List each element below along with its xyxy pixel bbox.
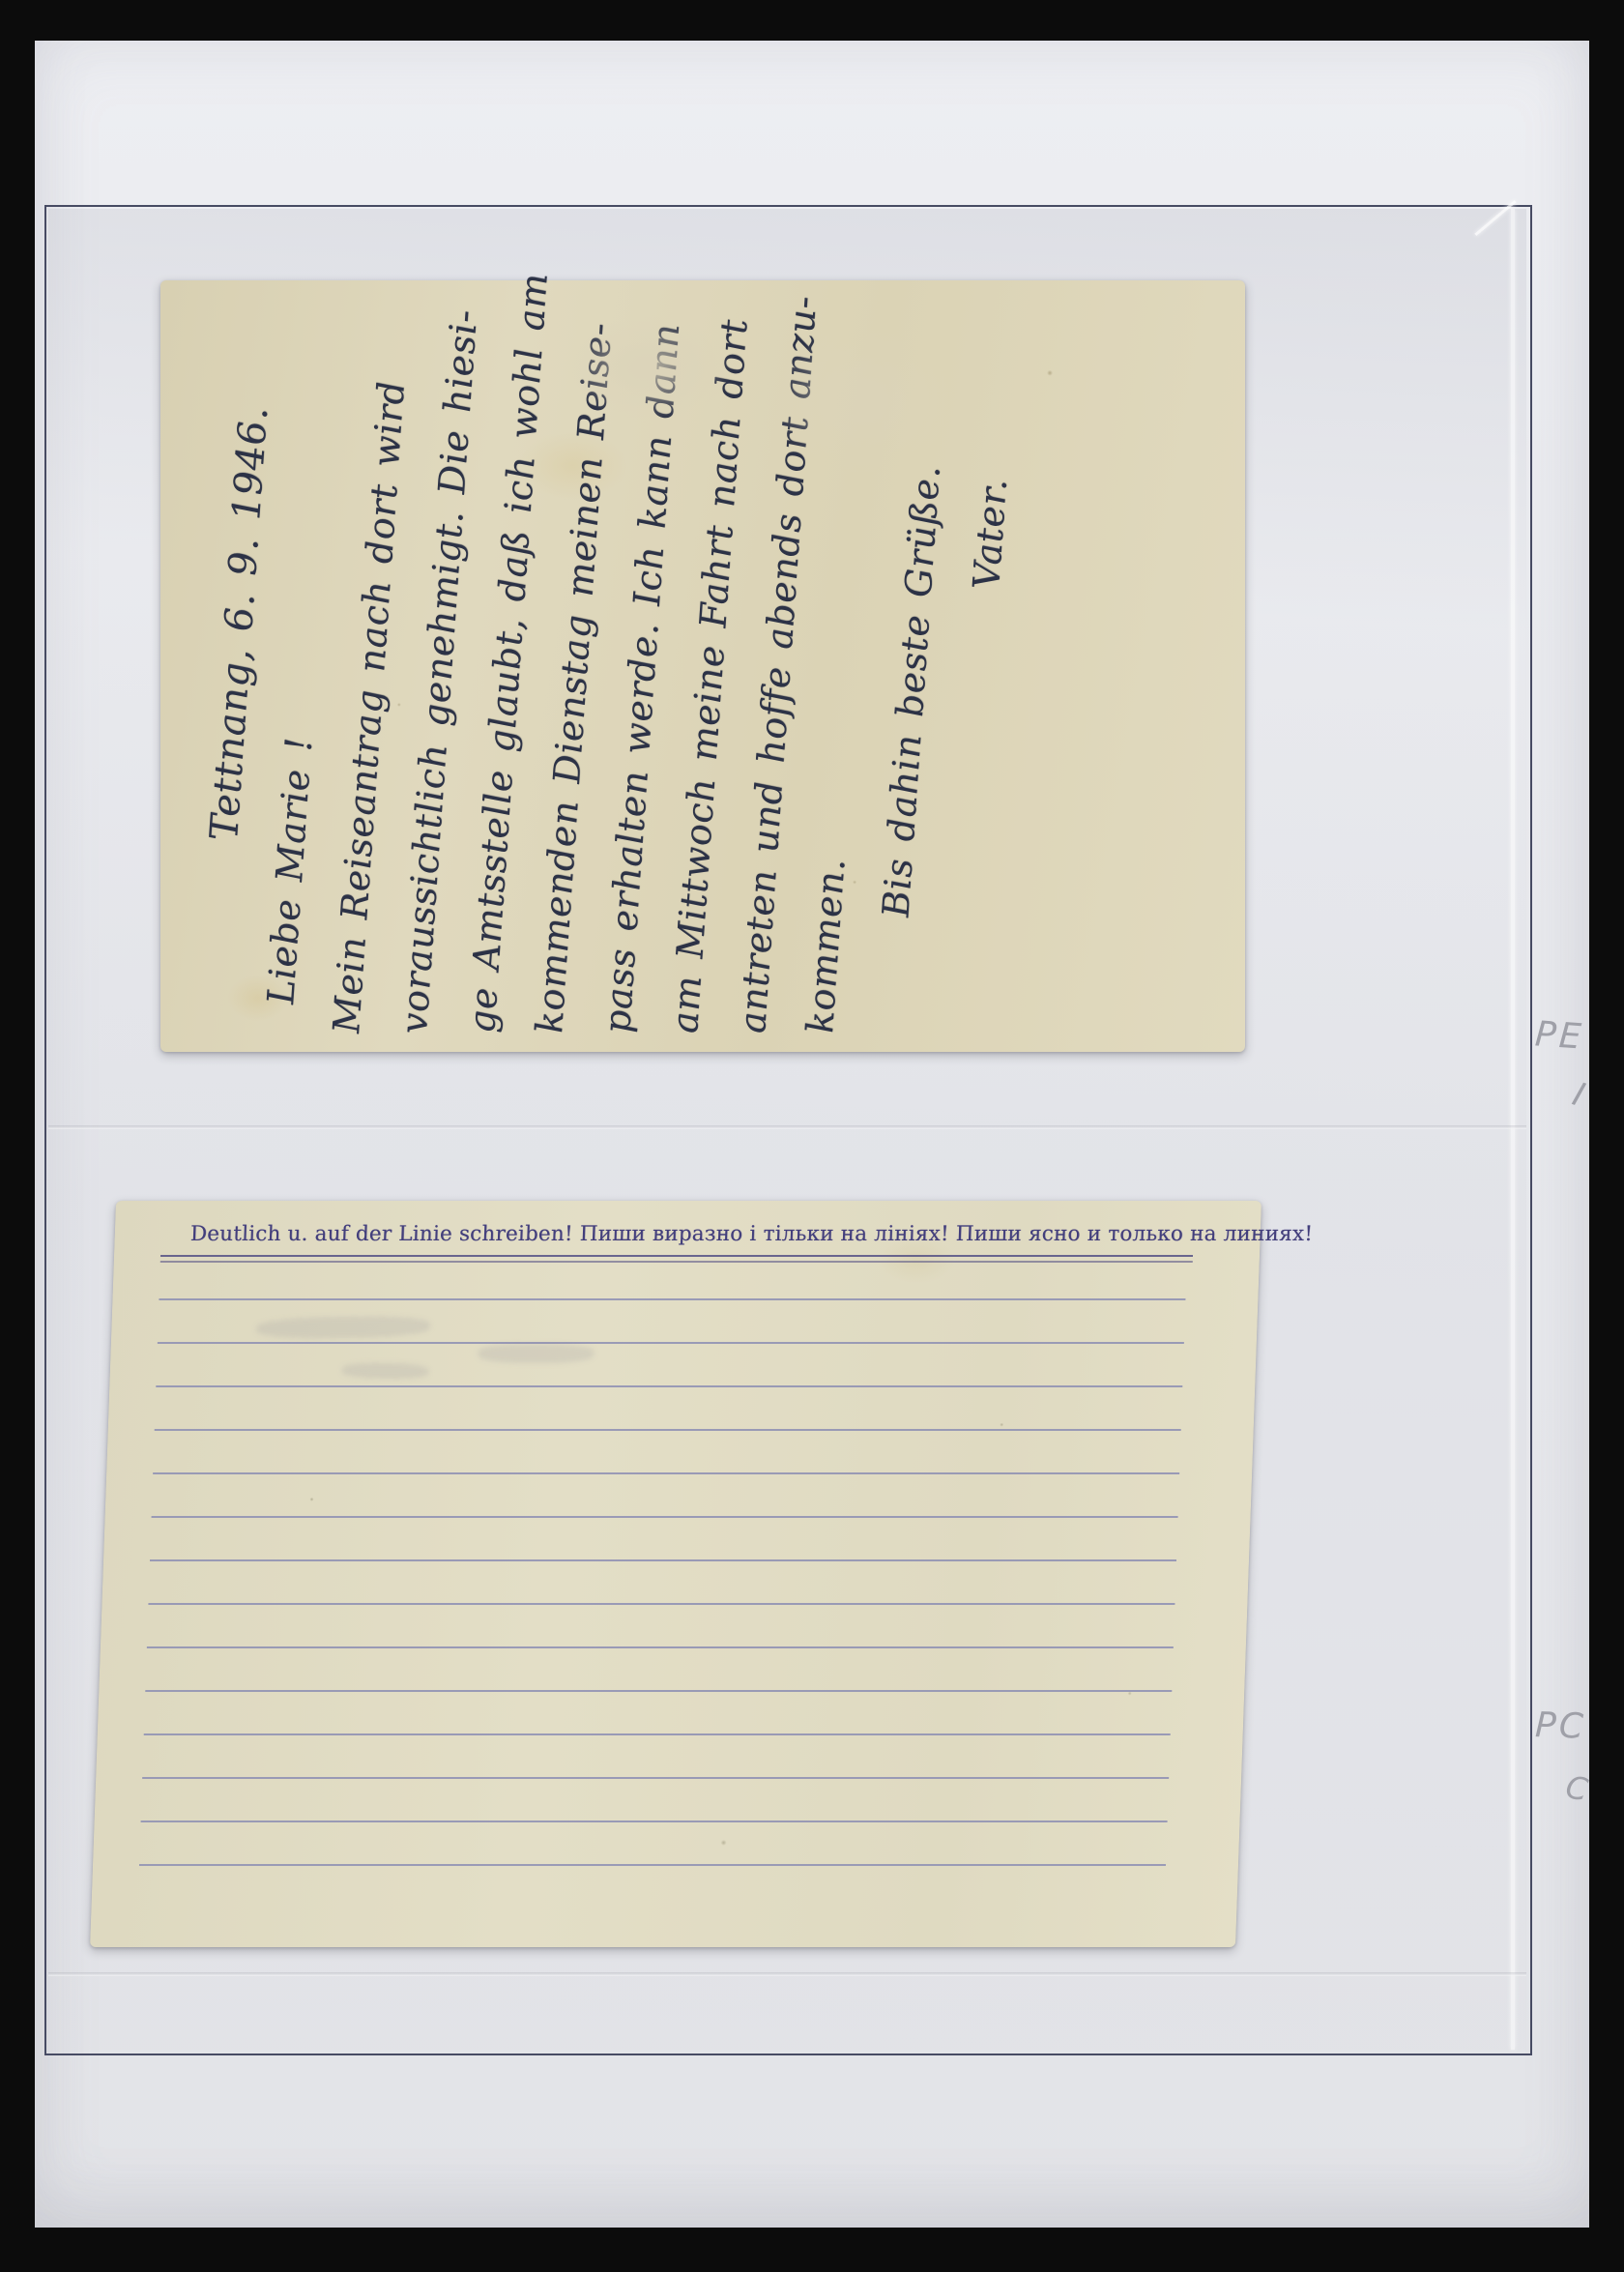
ruled-line <box>155 1429 1181 1431</box>
manuscript-text-block: Tettnang, 6. 9. 1946.Liebe Marie !Mein R… <box>177 299 1155 1034</box>
handwritten-postcard: Tettnang, 6. 9. 1946.Liebe Marie !Mein R… <box>160 280 1245 1052</box>
pencil-margin-note-upper: PE <box>1534 1017 1585 1055</box>
header-double-rule-top <box>160 1255 1193 1257</box>
header-double-rule-bottom <box>160 1261 1193 1263</box>
ruled-line <box>153 1472 1179 1474</box>
pencil-margin-note-lower-2: C <box>1563 1771 1589 1806</box>
photo-background: Tettnang, 6. 9. 1946.Liebe Marie !Mein R… <box>0 0 1624 2272</box>
ruled-line <box>139 1864 1166 1866</box>
ruled-line <box>152 1516 1178 1518</box>
ruled-line <box>148 1603 1174 1605</box>
ruled-line <box>150 1559 1176 1561</box>
pocket-seam-lower <box>48 1972 1526 1976</box>
setoff-ink-smudge <box>478 1344 594 1363</box>
pencil-margin-note-upper-2: I <box>1569 1078 1589 1113</box>
album-page: Tettnang, 6. 9. 1946.Liebe Marie !Mein R… <box>35 41 1589 2228</box>
foil-edge-highlight <box>1511 209 1515 2050</box>
setoff-ink-smudge <box>341 1362 429 1380</box>
ruled-lines-container <box>137 1298 1185 1908</box>
lined-postcard: Deutlich u. auf der Linie schreiben! Пиш… <box>90 1201 1261 1947</box>
ruled-line <box>144 1733 1171 1735</box>
ruled-line <box>142 1777 1169 1779</box>
pocket-seam-upper <box>48 1125 1526 1129</box>
ruled-line <box>141 1821 1168 1822</box>
ruled-line <box>147 1646 1174 1648</box>
manuscript-lines: Tettnang, 6. 9. 1946.Liebe Marie !Mein R… <box>177 299 1206 1034</box>
ruled-line <box>145 1690 1172 1692</box>
ruled-line <box>156 1385 1182 1387</box>
card-printed-header: Deutlich u. auf der Linie schreiben! Пиш… <box>189 1222 1313 1248</box>
ruled-line <box>159 1298 1185 1300</box>
pencil-margin-note-lower: PC <box>1534 1708 1586 1745</box>
ruled-line <box>158 1342 1184 1344</box>
